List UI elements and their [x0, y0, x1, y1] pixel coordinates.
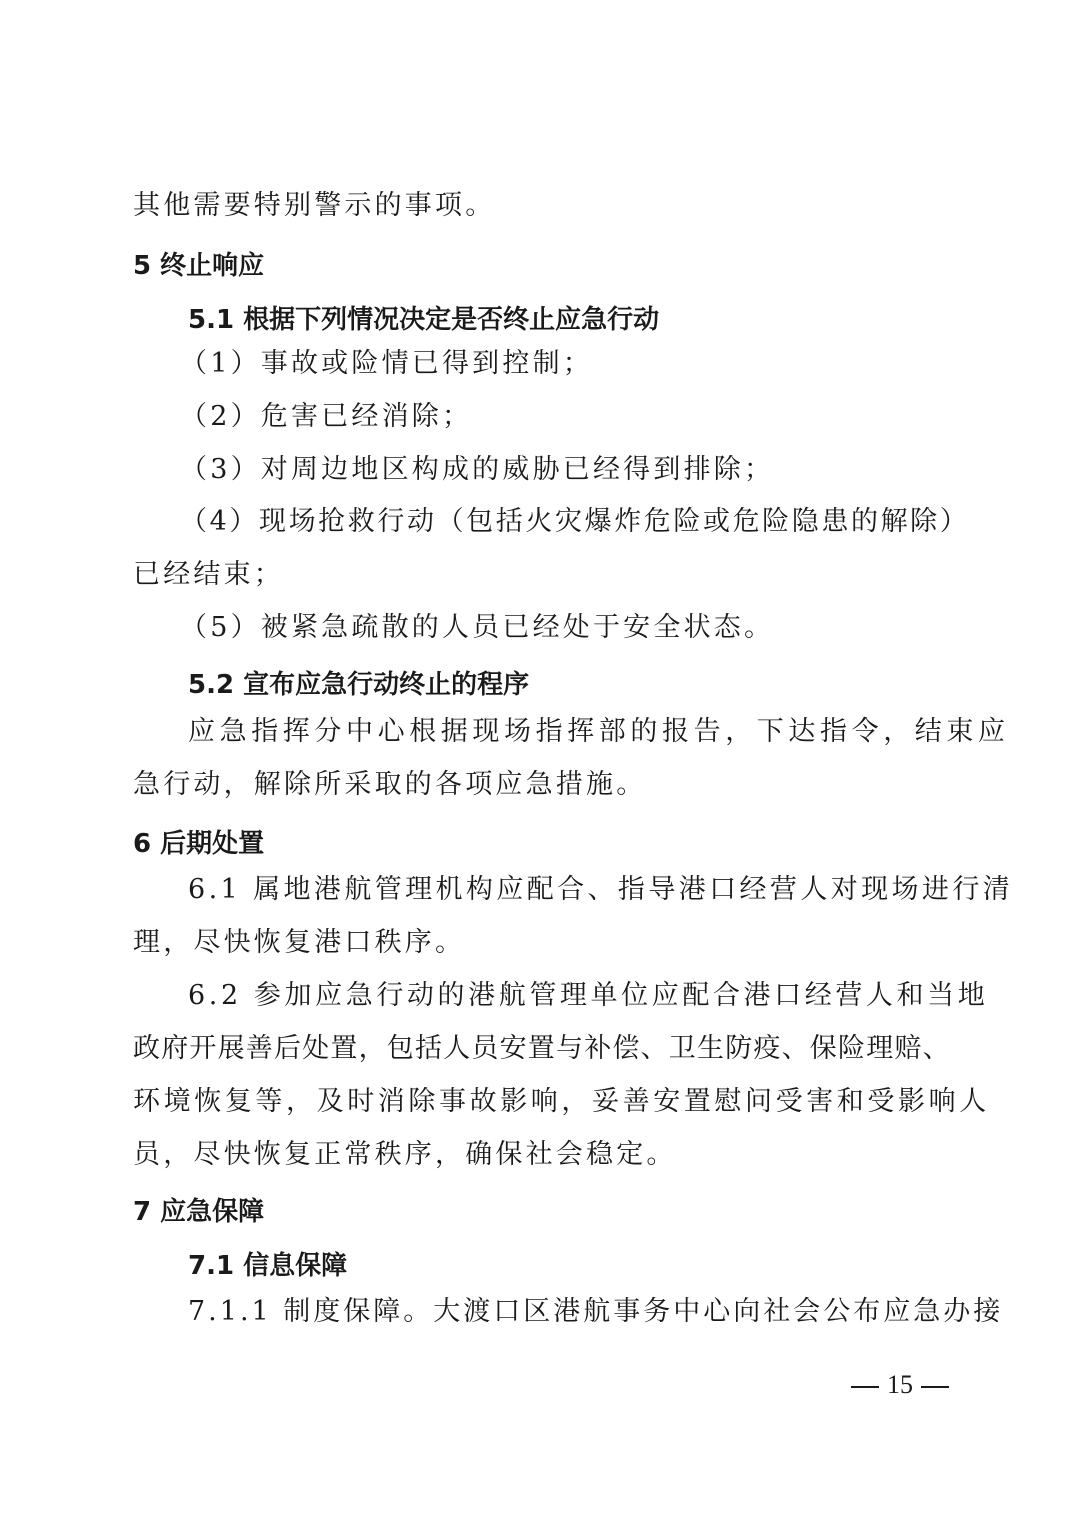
paragraph-line: 6.1 属地港航管理机构应配合、指导港口经营人对现场进行清: [188, 872, 1013, 908]
paragraph-line: 政府开展善后处置，包括人员安置与补偿、卫生防疫、保险理赔、: [133, 1031, 951, 1067]
paragraph-line: 员，尽快恢复正常秩序，确保社会稳定。: [133, 1137, 677, 1173]
paragraph-line: 理，尽快恢复港口秩序。: [133, 925, 465, 961]
list-item-2: （2）危害已经消除；: [180, 399, 472, 435]
document-page: 其他需要特别警示的事项。 5 终止响应 5.1 根据下列情况决定是否终止应急行动…: [0, 0, 1074, 1520]
subsection-heading-5-1: 5.1 根据下列情况决定是否终止应急行动: [188, 302, 659, 338]
list-item-4-cont: 已经结束；: [133, 557, 284, 593]
subsection-heading-5-2: 5.2 宣布应急行动终止的程序: [188, 667, 529, 703]
paragraph-line: 7.1.1 制度保障。大渡口区港航事务中心向社会公布应急办接: [188, 1294, 1003, 1330]
paragraph-line: 6.2 参加应急行动的港航管理单位应配合港口经营人和当地: [188, 978, 988, 1014]
page-number-value: 15: [887, 1370, 913, 1399]
section-heading-5: 5 终止响应: [133, 248, 264, 284]
page-number: 15: [843, 1370, 957, 1400]
list-item-4: （4）现场抢救行动（包括火灾爆炸危险或危险隐患的解除）: [180, 504, 969, 540]
section-heading-7: 7 应急保障: [133, 1194, 264, 1230]
list-item-3: （3）对周边地区构成的威胁已经得到排除；: [180, 452, 774, 488]
paragraph-line: 环境恢复等，及时消除事故影响，妥善安置慰问受害和受影响人: [133, 1084, 990, 1120]
paragraph-line: 其他需要特别警示的事项。: [133, 188, 495, 224]
list-item-1: （1）事故或险情已得到控制；: [180, 346, 593, 382]
paragraph-line: 应急指挥分中心根据现场指挥部的报告，下达指令，结束应: [188, 714, 1010, 750]
dash-right: [921, 1386, 949, 1388]
dash-left: [851, 1386, 879, 1388]
paragraph-line: 急行动，解除所采取的各项应急措施。: [133, 767, 646, 803]
subsection-heading-7-1: 7.1 信息保障: [188, 1248, 347, 1284]
list-item-5: （5）被紧急疏散的人员已经处于安全状态。: [180, 610, 774, 646]
section-heading-6: 6 后期处置: [133, 826, 264, 862]
